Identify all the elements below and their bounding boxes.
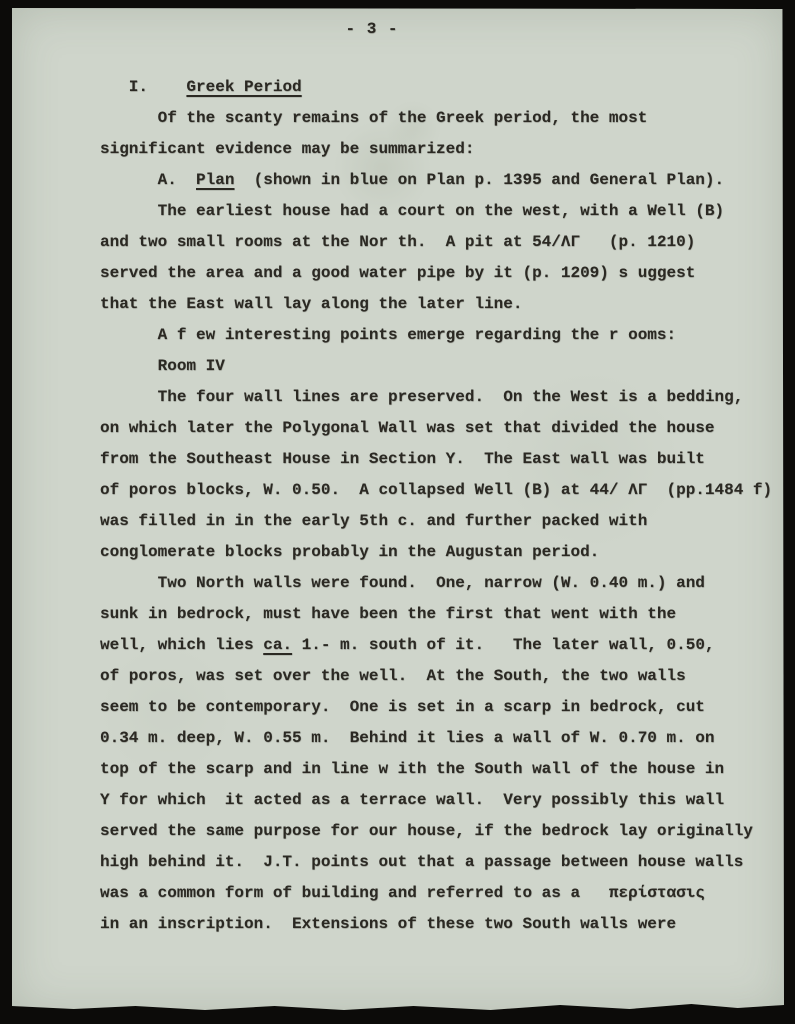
scan-frame: - 3 - I. Greek Period Of the scanty rema… <box>0 0 795 1024</box>
text-segment: A. <box>100 171 196 189</box>
text-segment: A f ew interesting points emerge regardi… <box>100 326 676 344</box>
text-segment: high behind it. J.T. points out that a p… <box>100 853 743 871</box>
text-segment: well, which lies <box>100 636 263 654</box>
text-segment: and two small rooms at the Nor th. A pit… <box>100 233 695 251</box>
text-line: The four wall lines are preserved. On th… <box>100 382 772 413</box>
underlined-text-segment: Plan <box>196 171 234 189</box>
text-line: The earliest house had a court on the we… <box>100 196 772 227</box>
text-segment: of poros blocks, W. 0.50. A collapsed We… <box>100 481 772 499</box>
text-segment: The four wall lines are preserved. On th… <box>100 388 743 406</box>
underlined-text-segment: ca. <box>263 636 292 654</box>
text-segment: Room IV <box>100 357 225 375</box>
text-line: Two North walls were found. One, narrow … <box>100 568 772 599</box>
text-line: Of the scanty remains of the Greek perio… <box>100 103 772 134</box>
text-line: A. Plan (shown in blue on Plan p. 1395 a… <box>100 165 772 196</box>
text-segment: that the East wall lay along the later l… <box>100 295 522 313</box>
text-segment: served the same purpose for our house, i… <box>100 822 753 840</box>
text-line: top of the scarp and in line w ith the S… <box>100 754 772 785</box>
text-line: in an inscription. Extensions of these t… <box>100 909 772 940</box>
text-line: seem to be contemporary. One is set in a… <box>100 692 772 723</box>
text-line: 0.34 m. deep, W. 0.55 m. Behind it lies … <box>100 723 772 754</box>
text-line: high behind it. J.T. points out that a p… <box>100 847 772 878</box>
text-line: of poros blocks, W. 0.50. A collapsed We… <box>100 475 772 506</box>
text-segment: was a common form of building and referr… <box>100 884 705 902</box>
text-line: on which later the Polygonal Wall was se… <box>100 413 772 444</box>
text-line: from the Southeast House in Section Y. T… <box>100 444 772 475</box>
text-line: that the East wall lay along the later l… <box>100 289 772 320</box>
text-segment: (shown in blue on Plan p. 1395 and Gener… <box>234 171 724 189</box>
text-line: well, which lies ca. 1.- m. south of it.… <box>100 630 772 661</box>
text-segment: 0.34 m. deep, W. 0.55 m. Behind it lies … <box>100 729 715 747</box>
text-line: Y for which it acted as a terrace wall. … <box>100 785 772 816</box>
text-segment: 1.- m. south of it. The later wall, 0.50… <box>292 636 714 654</box>
text-segment: conglomerate blocks probably in the Augu… <box>100 543 599 561</box>
text-line: served the same purpose for our house, i… <box>100 816 772 847</box>
text-line: of poros, was set over the well. At the … <box>100 661 772 692</box>
text-segment: Of the scanty remains of the Greek perio… <box>100 109 647 127</box>
text-line: A f ew interesting points emerge regardi… <box>100 320 772 351</box>
text-segment: sunk in bedrock, must have been the firs… <box>100 605 676 623</box>
text-line: served the area and a good water pipe by… <box>100 258 772 289</box>
document-body: I. Greek Period Of the scanty remains of… <box>100 72 772 940</box>
text-segment: on which later the Polygonal Wall was se… <box>100 419 715 437</box>
text-segment: served the area and a good water pipe by… <box>100 264 695 282</box>
text-segment: Y for which it acted as a terrace wall. … <box>100 791 724 809</box>
text-segment: in an inscription. Extensions of these t… <box>100 915 676 933</box>
text-segment: of poros, was set over the well. At the … <box>100 667 686 685</box>
text-segment: significant evidence may be summarized: <box>100 140 474 158</box>
page-number: - 3 - <box>0 20 758 38</box>
text-segment: seem to be contemporary. One is set in a… <box>100 698 705 716</box>
text-segment: I. <box>100 78 186 96</box>
text-line: conglomerate blocks probably in the Augu… <box>100 537 772 568</box>
text-line: I. Greek Period <box>100 72 772 103</box>
text-line: was filled in in the early 5th c. and fu… <box>100 506 772 537</box>
text-segment: from the Southeast House in Section Y. T… <box>100 450 705 468</box>
text-line: sunk in bedrock, must have been the firs… <box>100 599 772 630</box>
text-segment: top of the scarp and in line w ith the S… <box>100 760 724 778</box>
text-line: was a common form of building and referr… <box>100 878 772 909</box>
text-segment: was filled in in the early 5th c. and fu… <box>100 512 647 530</box>
text-line: and two small rooms at the Nor th. A pit… <box>100 227 772 258</box>
paper-sheet: - 3 - I. Greek Period Of the scanty rema… <box>12 8 784 1012</box>
text-line: Room IV <box>100 351 772 382</box>
text-segment: Two North walls were found. One, narrow … <box>100 574 705 592</box>
underlined-text-segment: Greek Period <box>186 78 301 96</box>
text-segment: The earliest house had a court on the we… <box>100 202 724 220</box>
text-line: significant evidence may be summarized: <box>100 134 772 165</box>
